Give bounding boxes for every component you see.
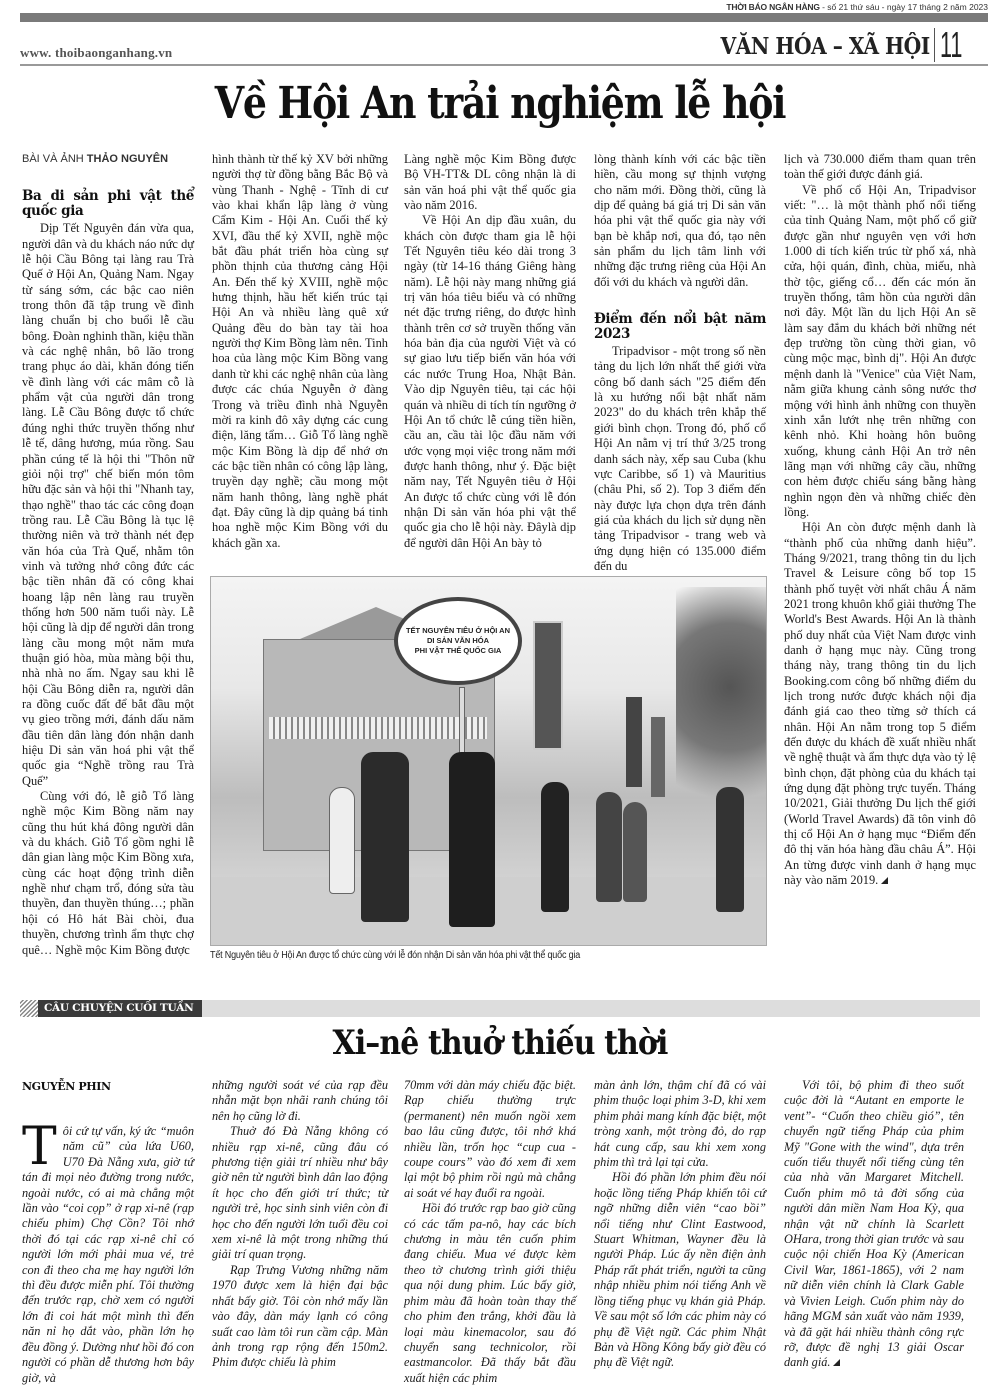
sign-text: PHI VẬT THỂ QUỐC GIA — [415, 646, 502, 656]
issue-info: - số 21 thứ sáu - ngày 17 tháng 2 năm 20… — [820, 2, 988, 12]
article-headline: Về Hội An trải nghiệm lễ hội — [70, 78, 930, 129]
paragraph: Hội An còn được mệnh danh là “thành phố … — [784, 520, 976, 888]
section-label: CÂU CHUYỆN CUỐI TUẦN — [20, 1000, 202, 1017]
person — [541, 782, 569, 912]
paragraph: Thuở đó Đà Nẵng không có nhiều rạp xi-nê… — [212, 1124, 388, 1263]
festival-sign: TẾT NGUYÊN TIÊU Ở HỘI AN DI SẢN VĂN HÓA … — [394, 597, 522, 685]
flag — [651, 717, 665, 797]
sign-text: DI SẢN VĂN HÓA — [427, 636, 489, 646]
publication-name: THỜI BÁO NGÂN HÀNG — [726, 2, 819, 12]
end-mark-icon — [833, 1359, 840, 1366]
article2-column-2: những người soát vé của rạp đều nhẵn mặt… — [212, 1078, 388, 1371]
paragraph: Tripadvisor - một trong số nền tảng du l… — [594, 344, 766, 574]
paragraph: những người soát vé của rạp đều nhẵn mặt… — [212, 1078, 388, 1124]
article2-column-1: Tôi cứ tự vấn, ký ức “muôn năm cũ” của l… — [22, 1124, 194, 1386]
paragraph: Rạp Trưng Vương những năm 1970 được xem … — [212, 1263, 388, 1371]
subheading: Ba di sản phi vật thể quốc gia — [22, 189, 194, 219]
article1-column-1: BÀI VÀ ẢNH THẢO NGUYÊN Ba di sản phi vật… — [22, 152, 194, 958]
paragraph: Hồi đó phần lớn phim đều nói hoặc lồng t… — [594, 1170, 766, 1370]
page-number-divider — [934, 28, 935, 62]
page-number: 11 — [940, 24, 962, 66]
article1-column-2: hình thành từ thế kỷ XV bởi những người … — [212, 152, 388, 551]
person — [716, 787, 744, 912]
paragraph: Về Hội An dịp đầu xuân, du khách còn đượ… — [404, 213, 576, 551]
byline: BÀI VÀ ẢNH THẢO NGUYÊN — [22, 152, 194, 167]
article2-column-3: 70mm với dàn máy chiếu đặc biệt. Rạp chi… — [404, 1078, 576, 1386]
end-mark-icon — [881, 877, 888, 884]
article1-column-4: lòng thành kính với các bậc tiền hiền, c… — [594, 152, 766, 574]
section-label-text: CÂU CHUYỆN CUỐI TUẦN — [44, 1002, 193, 1014]
paragraph: màn ảnh lớn, thậm chí đã có vài phim thu… — [594, 1078, 766, 1170]
flag — [626, 697, 642, 787]
section-title: VĂN HÓA – XÃ HỘI — [721, 33, 930, 60]
paragraph: hình thành từ thế kỷ XV bởi những người … — [212, 152, 388, 551]
paragraph: Về phố cổ Hội An, Tripadvisor viết: "… l… — [784, 183, 976, 521]
person — [623, 802, 647, 902]
paragraph: Hồi đó trước rạp bao giờ cũng có các tấm… — [404, 1201, 576, 1386]
vertical-banner — [533, 621, 563, 750]
paragraph: lịch và 730.000 điểm tham quan trên toàn… — [784, 152, 976, 183]
photo-caption: Tết Nguyên tiêu ở Hội An được tổ chức cù… — [210, 950, 580, 961]
masthead-rule — [20, 13, 988, 22]
paragraph: Cùng với đó, lễ giỗ Tổ làng nghề mộc Kim… — [22, 789, 194, 958]
header-underline — [20, 64, 988, 66]
masthead-issue-line: THỜI BÁO NGÂN HÀNG - số 21 thứ sáu - ngà… — [0, 2, 988, 12]
paragraph: Làng nghề mộc Kim Bồng được Bộ VH-TT& DL… — [404, 152, 576, 213]
paragraph: Tôi cứ tự vấn, ký ức “muôn năm cũ” của l… — [22, 1124, 194, 1386]
article2-headline: Xi–nê thuở thiếu thời — [60, 1023, 940, 1063]
person — [596, 792, 622, 902]
article1-column-5: lịch và 730.000 điểm tham quan trên toàn… — [784, 152, 976, 889]
person — [361, 752, 409, 922]
byline-prefix: BÀI VÀ ẢNH — [22, 153, 87, 165]
sign-text: TẾT NGUYÊN TIÊU Ở HỘI AN — [406, 626, 510, 636]
subheading: Điểm đến nổi bật năm 2023 — [594, 312, 766, 342]
dropcap: T — [22, 1126, 57, 1168]
hatch-decoration-icon — [20, 1000, 38, 1017]
article2-column-4: màn ảnh lớn, thậm chí đã có vài phim thu… — [594, 1078, 766, 1371]
paragraph: Với tôi, bộ phim đi theo suốt cuộc đời l… — [784, 1078, 964, 1371]
website-url: www. thoibaonganhang.vn — [20, 45, 172, 61]
paragraph: lòng thành kính với các bậc tiền hiền, c… — [594, 152, 766, 290]
paragraph-text: Với tôi, bộ phim đi theo suốt cuộc đời l… — [784, 1078, 964, 1369]
article2-author: NGUYỄN PHIN — [22, 1080, 111, 1093]
paragraph: 70mm với dàn máy chiếu đặc biệt. Rạp chi… — [404, 1078, 576, 1201]
article1-column-3: Làng nghề mộc Kim Bồng được Bộ VH-TT& DL… — [404, 152, 576, 551]
paragraph: Dịp Tết Nguyên đán vừa qua, người dân và… — [22, 221, 194, 789]
person — [449, 752, 495, 927]
festival-photo: TẾT NGUYÊN TIÊU Ở HỘI AN DI SẢN VĂN HÓA … — [210, 576, 767, 946]
byline-author: THẢO NGUYÊN — [87, 153, 168, 165]
balcony — [269, 717, 487, 739]
article2-column-5: Với tôi, bộ phim đi theo suốt cuộc đời l… — [784, 1078, 964, 1371]
paragraph-text: Hội An còn được mệnh danh là “thành phố … — [784, 520, 976, 887]
person — [329, 787, 355, 894]
